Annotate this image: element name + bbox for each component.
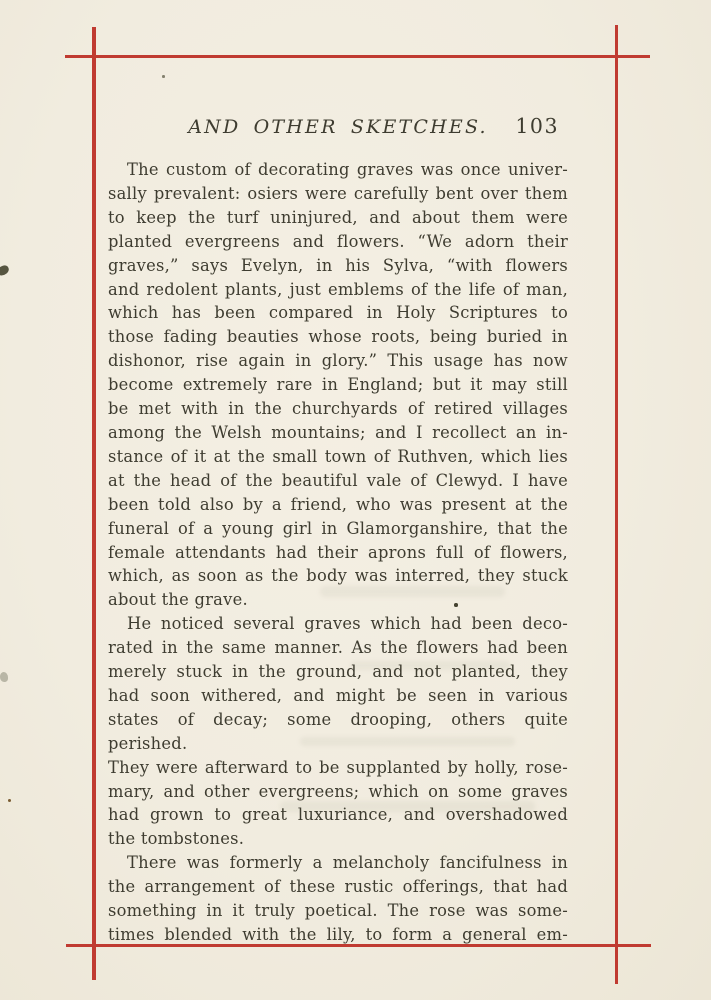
text-line: which, as soon as the body was interred,… xyxy=(108,564,568,588)
text-line: at the head of the beautiful vale of Cle… xyxy=(108,469,568,493)
text-line: the tombstones. xyxy=(108,827,568,851)
ink-speck xyxy=(162,75,165,78)
text-line: which has been compared in Holy Scriptur… xyxy=(108,301,568,325)
verso-show-through xyxy=(300,737,515,746)
text-line: to keep the turf uninjured, and about th… xyxy=(108,206,568,230)
border-right-rule xyxy=(615,25,619,984)
ink-speck xyxy=(0,672,8,682)
text-line: The custom of decorating graves was once… xyxy=(108,158,568,182)
text-line: mary, and other evergreens; which on som… xyxy=(108,780,568,804)
ink-speck xyxy=(454,603,458,607)
text-line: times blended with the lily, to form a g… xyxy=(108,923,568,947)
text-line: the arrangement of these rustic offering… xyxy=(108,875,568,899)
text-line: had soon withered, and might be seen in … xyxy=(108,684,568,708)
page-number: 103 xyxy=(515,114,559,138)
text-line: and redolent plants, just emblems of the… xyxy=(108,278,568,302)
text-line: funeral of a young girl in Glamorganshir… xyxy=(108,517,568,541)
verso-show-through xyxy=(320,586,505,597)
paragraph: He noticed several graves which had been… xyxy=(108,612,568,851)
running-head: AND OTHER SKETCHES. 103 xyxy=(108,113,568,141)
ink-speck xyxy=(0,264,10,277)
running-head-title: AND OTHER SKETCHES. xyxy=(108,116,568,138)
text-line: graves,” says Evelyn, in his Sylva, “wit… xyxy=(108,254,568,278)
text-line: states of decay; some drooping, others q… xyxy=(108,708,568,756)
text-line: something in it truly poetical. The rose… xyxy=(108,899,568,923)
text-line: female attendants had their aprons full … xyxy=(108,541,568,565)
text-line: sally prevalent: osiers were carefully b… xyxy=(108,182,568,206)
text-line: There was formerly a melancholy fanciful… xyxy=(108,851,568,875)
body-text: The custom of decorating graves was once… xyxy=(108,158,568,947)
ink-speck xyxy=(8,799,11,802)
text-line: been told also by a friend, who was pres… xyxy=(108,493,568,517)
text-line: He noticed several graves which had been… xyxy=(108,612,568,636)
text-line: They were afterward to be supplanted by … xyxy=(108,756,568,780)
paragraph: The custom of decorating graves was once… xyxy=(108,158,568,612)
text-line: dishonor, rise again in glory.” This usa… xyxy=(108,349,568,373)
text-line: planted evergreens and flowers. “We ador… xyxy=(108,230,568,254)
border-left-rule xyxy=(92,27,96,980)
border-top-rule xyxy=(65,55,650,58)
book-page: AND OTHER SKETCHES. 103 The custom of de… xyxy=(0,0,711,1000)
text-line: be met with in the churchyards of retire… xyxy=(108,397,568,421)
text-line: rated in the same manner. As the flowers… xyxy=(108,636,568,660)
verso-show-through xyxy=(280,801,535,812)
text-line: those fading beauties whose roots, being… xyxy=(108,325,568,349)
text-line: among the Welsh mountains; and I recolle… xyxy=(108,421,568,445)
verso-show-through xyxy=(350,661,510,670)
text-line: become extremely rare in England; but it… xyxy=(108,373,568,397)
text-line: stance of it at the small town of Ruthve… xyxy=(108,445,568,469)
paragraph: There was formerly a melancholy fanciful… xyxy=(108,851,568,947)
